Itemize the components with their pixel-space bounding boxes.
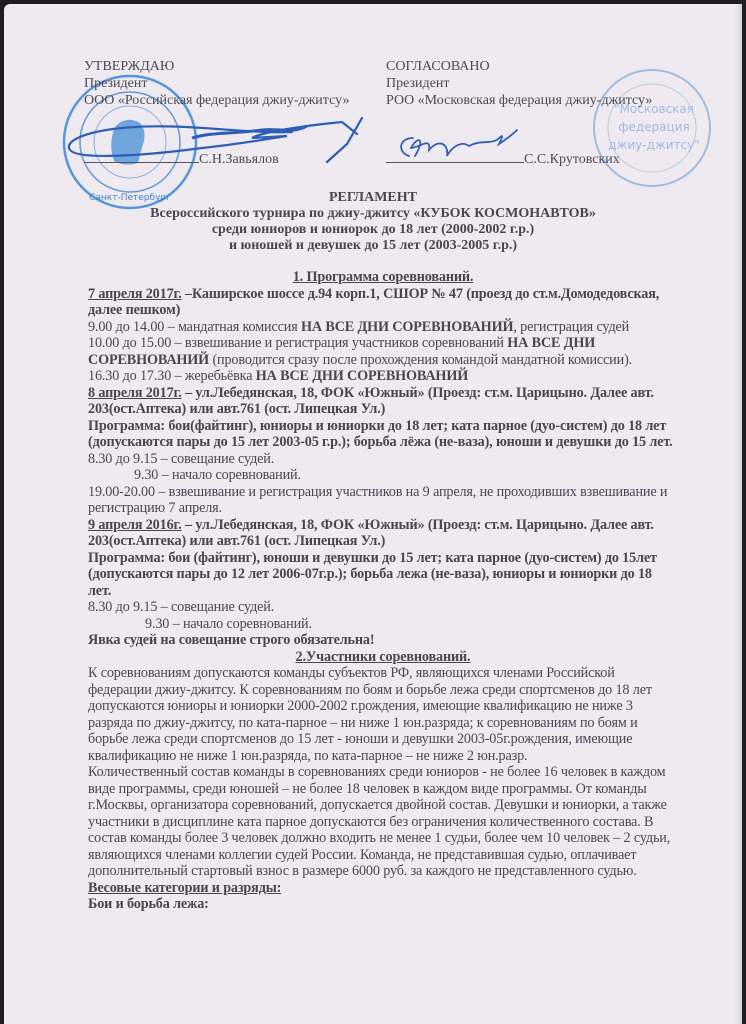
- day-2-header: 8 апреля 2017г. – ул.Лебедянская, 18, ФО…: [88, 385, 678, 418]
- day-3-program: Программа: бои (файтинг), юноши и девушк…: [88, 550, 678, 600]
- position-label: Президент: [84, 75, 349, 92]
- day-3-header: 9 апреля 2016г. – ул.Лебедянская, 18, ФО…: [88, 517, 678, 550]
- day-1-header: 7 апреля 2017г. –Каширское шоссе д.94 ко…: [88, 286, 678, 319]
- section-2-heading: 2.Участники соревнований.: [88, 649, 678, 666]
- day-2-program: Программа: бои(файтинг), юниоры и юниорк…: [88, 418, 678, 451]
- team-composition-paragraph: Количественный состав команды в соревнов…: [88, 764, 678, 880]
- signatory-name: С.С.Крутовских: [524, 152, 620, 167]
- day-1-item: 16.30 до 17.30 – жеребьёвка НА ВСЕ ДНИ С…: [88, 368, 678, 385]
- section-1-heading: 1. Программа соревнований.: [88, 269, 678, 286]
- day-2-judges-meeting: 8.30 до 9.15 – совещание судей.: [88, 451, 678, 468]
- organization-label: ООО «Российская федерация джиу-джитсу»: [84, 92, 349, 109]
- approval-label: СОГЛАСОВАНО: [386, 58, 652, 75]
- weights-heading: Весовые категории и разряды:: [88, 880, 678, 897]
- organization-label: РОО «Московская федерация джиу-джитсу»: [386, 92, 652, 109]
- day-2-weigh-in: 19.00-20.00 – взвешивание и регистрация …: [88, 484, 678, 517]
- title-line-3: и юношей и девушек до 15 лет (2003-2005 …: [4, 238, 742, 254]
- participants-paragraph: К соревнованиям допускаются команды субъ…: [88, 665, 678, 764]
- document-body: 1. Программа соревнований. 7 апреля 2017…: [88, 269, 678, 913]
- approval-block-right: СОГЛАСОВАНО Президент РОО «Московская фе…: [386, 58, 652, 168]
- document-title: РЕГЛАМЕНТ: [4, 190, 742, 206]
- weights-subheading: Бои и борьба лежа:: [88, 896, 678, 913]
- day-1-item: 10.00 до 15.00 – взвешивание и регистрац…: [88, 335, 678, 368]
- signatory-name: С.Н.Завьялов: [199, 152, 279, 167]
- day-1-date: 7 апреля 2017г.: [88, 286, 182, 302]
- day-2-date: 8 апреля 2017г.: [88, 385, 182, 401]
- title-line-1: Всероссийского турнира по джиу-джитсу «К…: [4, 206, 742, 222]
- approval-block-left: УТВЕРЖДАЮ Президент ООО «Российская феде…: [84, 58, 349, 168]
- title-line-2: среди юниоров и юниорок до 18 лет (2000-…: [4, 222, 742, 238]
- judges-notice: Явка судей на совещание строго обязатель…: [88, 632, 678, 649]
- document-page: Санкт-Петербург "Московская федерация дж…: [4, 4, 742, 1024]
- position-label: Президент: [386, 75, 652, 92]
- approval-label: УТВЕРЖДАЮ: [84, 58, 349, 75]
- day-3-start: 9.30 – начало соревнований.: [88, 616, 678, 633]
- day-3-date: 9 апреля 2016г.: [88, 517, 182, 533]
- day-2-start: 9.30 – начало соревнований.: [88, 467, 678, 484]
- day-3-judges-meeting: 8.30 до 9.15 – совещание судей.: [88, 599, 678, 616]
- day-1-item: 9.00 до 14.00 – мандатная комиссия НА ВС…: [88, 319, 678, 336]
